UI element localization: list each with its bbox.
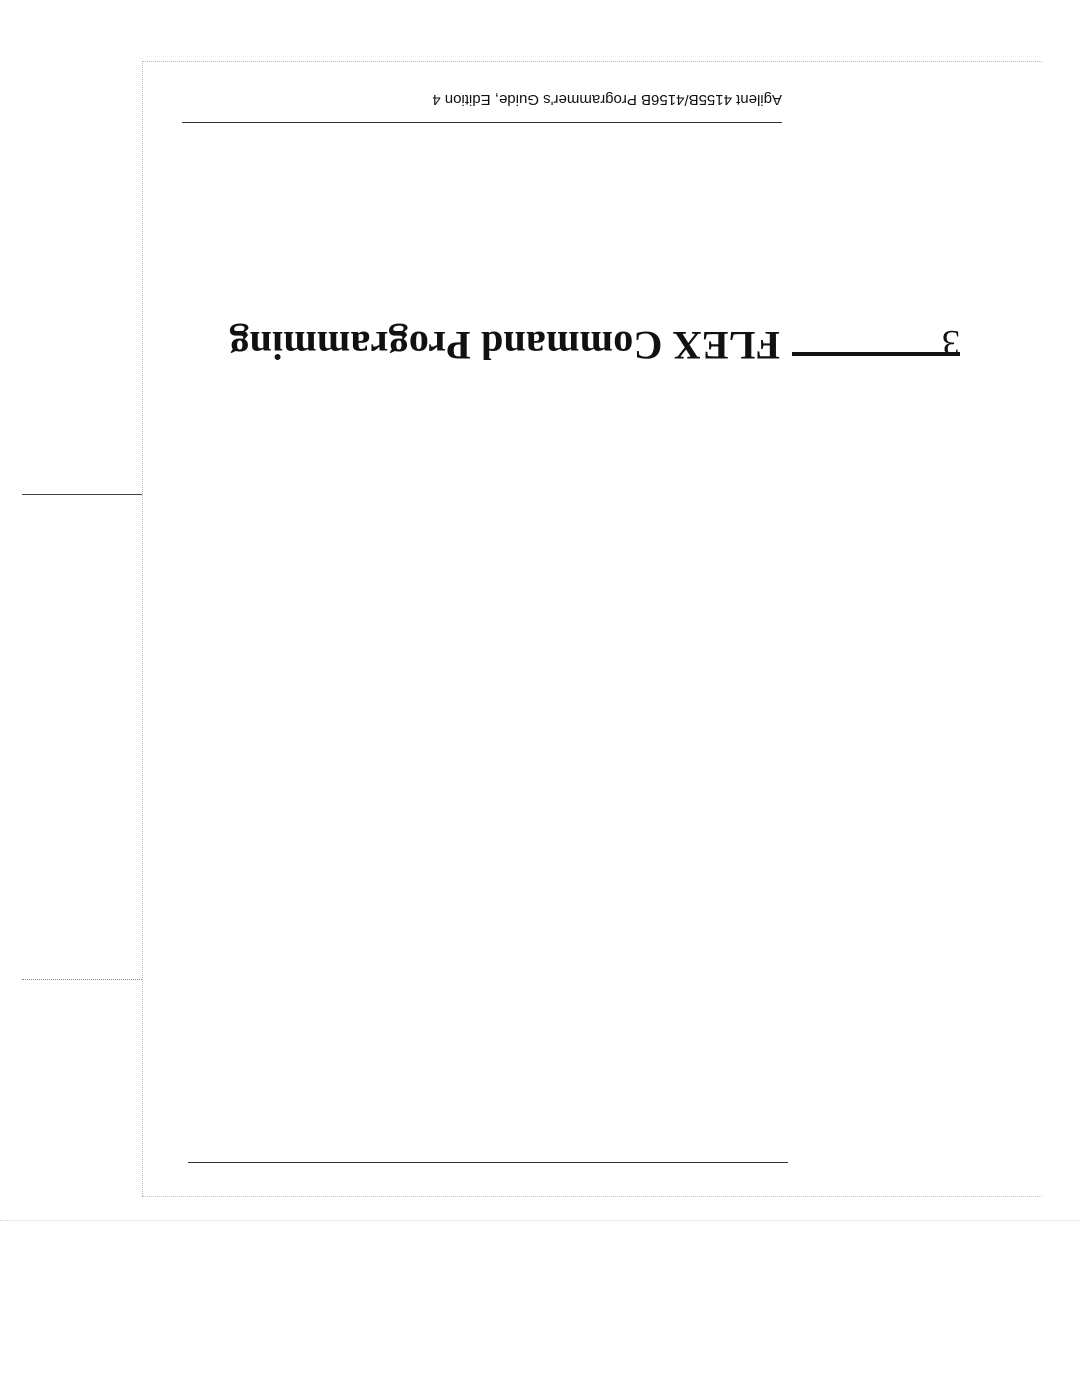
header-rule bbox=[182, 122, 782, 123]
rotated-content: Agilent 4155B/4156B Programmer's Guide, … bbox=[0, 0, 1080, 1399]
scanned-page: Agilent 4155B/4156B Programmer's Guide, … bbox=[0, 0, 1080, 1399]
running-header: Agilent 4155B/4156B Programmer's Guide, … bbox=[282, 91, 782, 108]
chapter-number: 3 bbox=[920, 322, 960, 364]
chapter-title: FLEX Command Programming bbox=[229, 322, 780, 369]
chapter-bar bbox=[792, 352, 960, 356]
